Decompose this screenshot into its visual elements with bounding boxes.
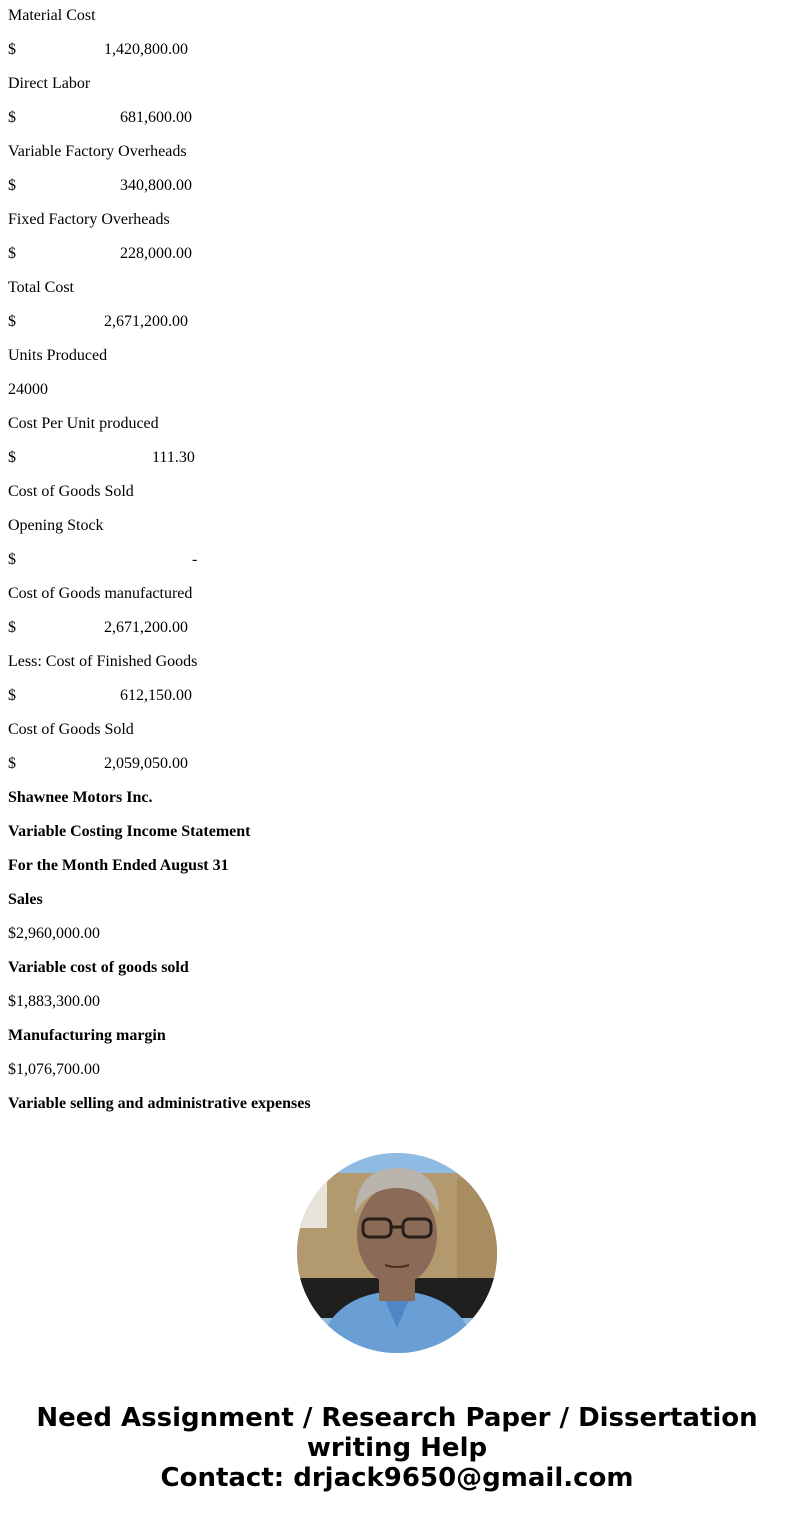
amount-row: $681,600.00 xyxy=(8,109,788,127)
amount-row: $2,671,200.00 xyxy=(8,619,788,637)
currency-symbol: $ xyxy=(8,41,16,59)
line-item-label: Cost of Goods Sold xyxy=(8,721,788,739)
income-item-label: Variable cost of goods sold xyxy=(8,959,788,977)
amount-value: 228,000.00 xyxy=(120,245,192,263)
amount-value: 612,150.00 xyxy=(120,687,192,705)
amount-row: $111.30 xyxy=(8,449,788,467)
amount-value: 2,671,200.00 xyxy=(104,313,188,331)
line-item-label: Variable Factory Overheads xyxy=(8,143,788,161)
amount-value: 340,800.00 xyxy=(120,177,192,195)
currency-symbol: $ xyxy=(8,245,16,263)
promo-contact: Contact: drjack9650@gmail.com xyxy=(0,1463,794,1493)
section-heading: Cost of Goods Sold xyxy=(8,483,788,501)
amount-value: 681,600.00 xyxy=(120,109,192,127)
line-item-label: Total Cost xyxy=(8,279,788,297)
currency-symbol: $ xyxy=(8,449,16,467)
line-item-label: Cost of Goods manufactured xyxy=(8,585,788,603)
promo-banner: Need Assignment / Research Paper / Disse… xyxy=(0,1403,794,1493)
currency-symbol: $ xyxy=(8,687,16,705)
line-item-label: Direct Labor xyxy=(8,75,788,93)
currency-symbol: $ xyxy=(8,755,16,773)
line-item-label: Less: Cost of Finished Goods xyxy=(8,653,788,671)
line-item-label: Cost Per Unit produced xyxy=(8,415,788,433)
line-item-label: Fixed Factory Overheads xyxy=(8,211,788,229)
income-item-value: $1,076,700.00 xyxy=(8,1061,788,1079)
document-body: Material Cost$1,420,800.00Direct Labor$6… xyxy=(8,0,788,1129)
line-item-label: Opening Stock xyxy=(8,517,788,535)
statement-period: For the Month Ended August 31 xyxy=(8,857,788,875)
line-item-value: 24000 xyxy=(8,381,788,399)
line-item-label: Units Produced xyxy=(8,347,788,365)
amount-row: $1,420,800.00 xyxy=(8,41,788,59)
amount-value: 1,420,800.00 xyxy=(104,41,188,59)
amount-row: $- xyxy=(8,551,788,569)
currency-symbol: $ xyxy=(8,109,16,127)
company-name: Shawnee Motors Inc. xyxy=(8,789,788,807)
amount-value: 2,671,200.00 xyxy=(104,619,188,637)
income-item-value: $2,960,000.00 xyxy=(8,925,788,943)
income-item-value: $1,883,300.00 xyxy=(8,993,788,1011)
promo-line-2: writing Help xyxy=(0,1433,794,1463)
amount-value: 2,059,050.00 xyxy=(104,755,188,773)
person-photo-icon xyxy=(297,1153,497,1353)
income-item-label: Sales xyxy=(8,891,788,909)
currency-symbol: $ xyxy=(8,177,16,195)
amount-row: $340,800.00 xyxy=(8,177,788,195)
line-item-label: Material Cost xyxy=(8,7,788,25)
amount-row: $2,671,200.00 xyxy=(8,313,788,331)
currency-symbol: $ xyxy=(8,551,16,569)
amount-value: 111.30 xyxy=(152,449,195,467)
amount-row: $2,059,050.00 xyxy=(8,755,788,773)
currency-symbol: $ xyxy=(8,619,16,637)
promo-line-1: Need Assignment / Research Paper / Disse… xyxy=(0,1403,794,1433)
income-item-label: Manufacturing margin xyxy=(8,1027,788,1045)
amount-row: $612,150.00 xyxy=(8,687,788,705)
income-item-label: Variable selling and administrative expe… xyxy=(8,1095,788,1113)
amount-value: - xyxy=(192,551,197,569)
author-avatar xyxy=(297,1153,497,1353)
statement-title: Variable Costing Income Statement xyxy=(8,823,788,841)
currency-symbol: $ xyxy=(8,313,16,331)
amount-row: $228,000.00 xyxy=(8,245,788,263)
